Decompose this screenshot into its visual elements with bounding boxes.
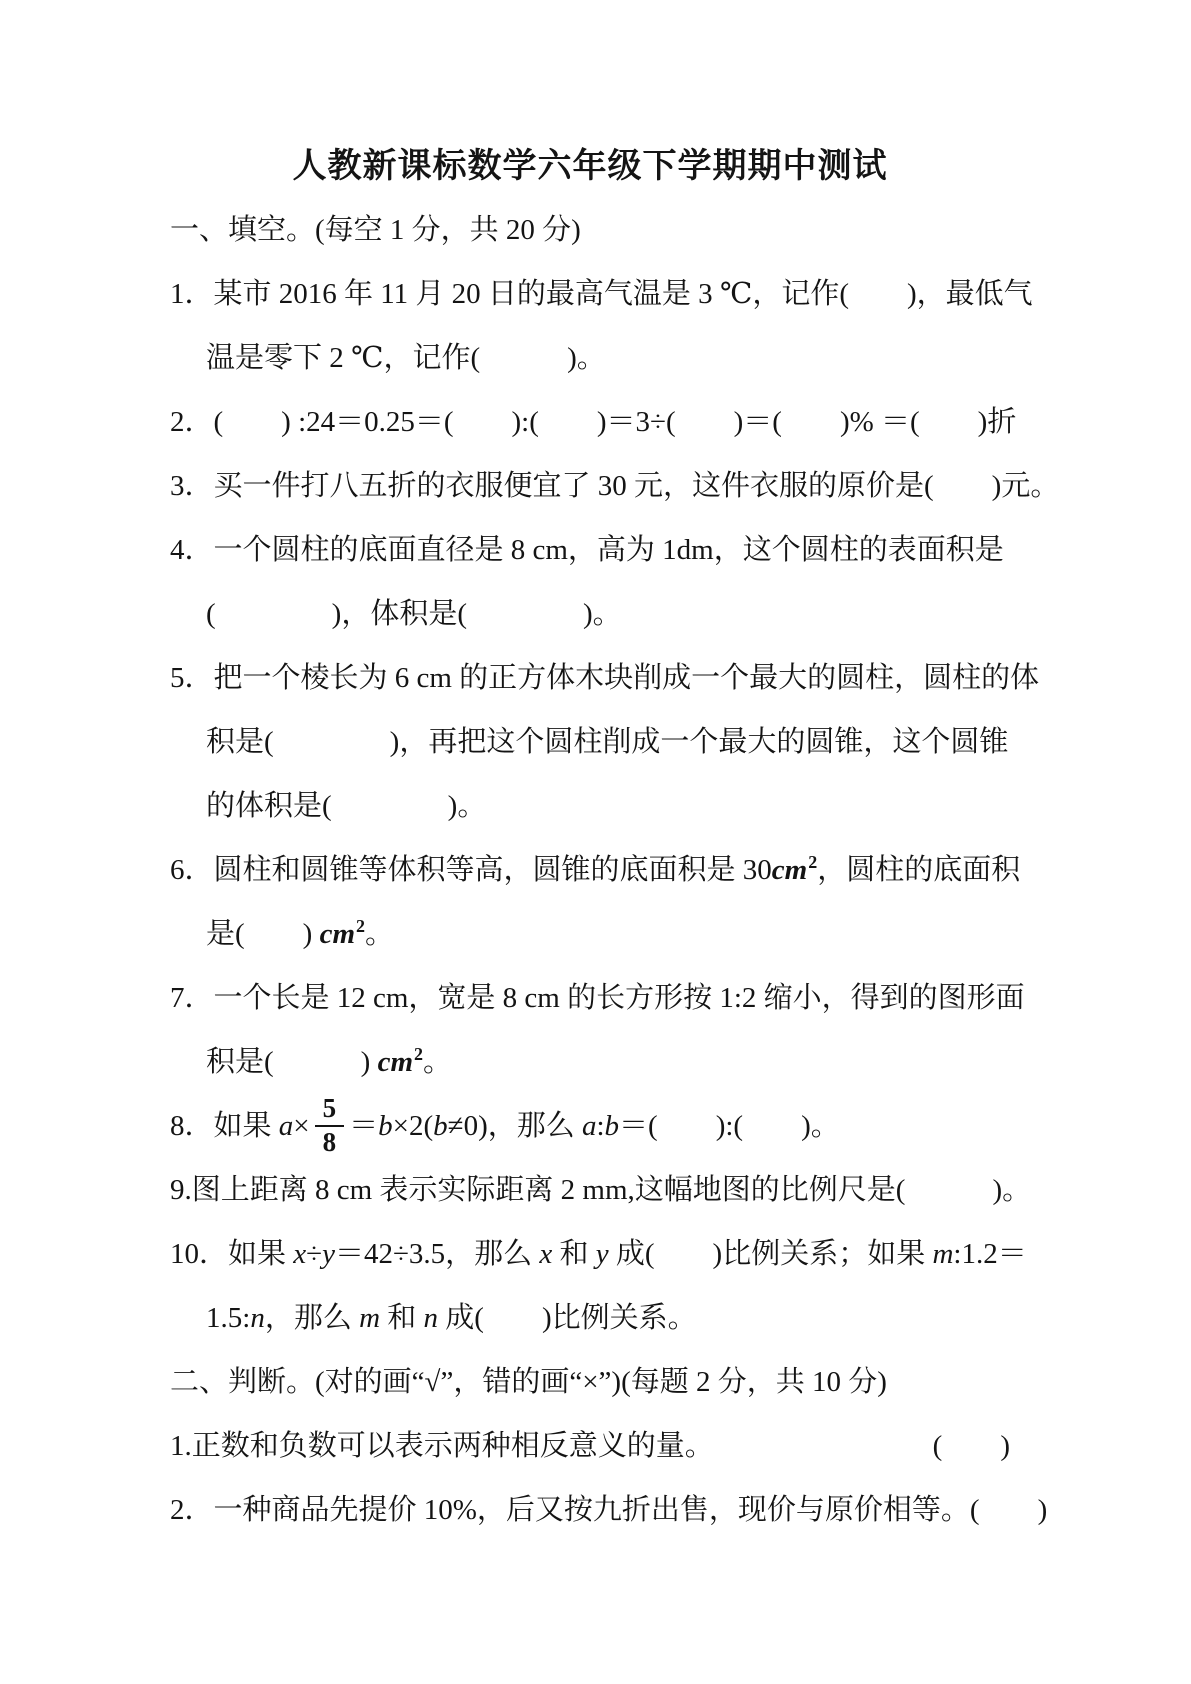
q5-line2: 积是( )，再把这个圆柱削成一个最大的圆锥，这个圆锥 bbox=[170, 710, 1010, 774]
q6-line1: 6．圆柱和圆锥等体积等高，圆锥的底面积是 30cm2，圆柱的底面积 bbox=[170, 838, 1010, 902]
q6-line1-text: 6．圆柱和圆锥等体积等高，圆锥的底面积是 30cm2，圆柱的底面积 bbox=[170, 854, 1020, 886]
q1-line2: 温是零下 2 ℃，记作( )。 bbox=[170, 326, 1010, 390]
q7-line2-text: 积是( ) cm2。 bbox=[206, 1046, 452, 1078]
exam-page: 人教新课标数学六年级下学期期中测试 一、填空。(每空 1 分，共 20 分)1．… bbox=[0, 0, 1191, 1684]
fraction: 58 bbox=[315, 1094, 345, 1157]
q7-line2: 积是( ) cm2。 bbox=[170, 1030, 1010, 1094]
document-body: 一、填空。(每空 1 分，共 20 分)1．某市 2016 年 11 月 20 … bbox=[170, 198, 1191, 1542]
q3-line: 3．买一件打八五折的衣服便宜了 30 元，这件衣服的原价是( )元。 bbox=[170, 454, 1010, 518]
q3-line-text: 3．买一件打八五折的衣服便宜了 30 元，这件衣服的原价是( )元。 bbox=[170, 470, 1059, 502]
q2-line: 2．( ) :24＝0.25＝( ):( )＝3÷( )＝( )% ＝( )折 bbox=[170, 390, 1010, 454]
q9-line: 9.图上距离 8 cm 表示实际距离 2 mm,这幅地图的比例尺是( )。 bbox=[170, 1158, 1010, 1222]
q1-line2-text: 温是零下 2 ℃，记作( )。 bbox=[206, 342, 606, 374]
section2-header-text: 二、判断。(对的画“√”，错的画“×”)(每题 2 分，共 10 分) bbox=[170, 1366, 887, 1398]
q8-line-text: 8．如果 a×58＝b×2(b≠0)，那么 a:b＝( ):( )。 bbox=[170, 1110, 840, 1142]
q6-line2: 是( ) cm2。 bbox=[170, 902, 1010, 966]
q10-line2: 1.5:n，那么 m 和 n 成( )比例关系。 bbox=[170, 1286, 1010, 1350]
q4-line1: 4．一个圆柱的底面直径是 8 cm，高为 1dm，这个圆柱的表面积是 bbox=[170, 518, 1010, 582]
section2-header: 二、判断。(对的画“√”，错的画“×”)(每题 2 分，共 10 分) bbox=[170, 1350, 1010, 1414]
q5-line1: 5．把一个棱长为 6 cm 的正方体木块削成一个最大的圆柱，圆柱的体 bbox=[170, 646, 1010, 710]
q7-line1: 7．一个长是 12 cm，宽是 8 cm 的长方形按 1:2 缩小，得到的图形面 bbox=[170, 966, 1010, 1030]
q4-line2-text: ( )，体积是( )。 bbox=[206, 598, 622, 630]
s2-q1-line: 1.正数和负数可以表示两种相反意义的量。( ) bbox=[170, 1414, 1010, 1478]
q5-line3: 的体积是( )。 bbox=[170, 774, 1010, 838]
q4-line1-text: 4．一个圆柱的底面直径是 8 cm，高为 1dm，这个圆柱的表面积是 bbox=[170, 534, 1004, 566]
s2-q2-line-text: 2．一种商品先提价 10%，后又按九折出售，现价与原价相等。( ) bbox=[170, 1494, 1047, 1526]
q2-line-text: 2．( ) :24＝0.25＝( ):( )＝3÷( )＝( )% ＝( )折 bbox=[170, 406, 1016, 438]
q7-line1-text: 7．一个长是 12 cm，宽是 8 cm 的长方形按 1:2 缩小，得到的图形面 bbox=[170, 982, 1025, 1014]
s2-q2-line: 2．一种商品先提价 10%，后又按九折出售，现价与原价相等。( ) bbox=[170, 1478, 1010, 1542]
q8-line: 8．如果 a×58＝b×2(b≠0)，那么 a:b＝( ):( )。 bbox=[170, 1094, 1010, 1158]
q5-line3-text: 的体积是( )。 bbox=[206, 790, 486, 822]
q10-line1-text: 10．如果 x÷y＝42÷3.5，那么 x 和 y 成( )比例关系；如果 m:… bbox=[170, 1238, 1027, 1270]
s2-q1-line-text: 1.正数和负数可以表示两种相反意义的量。 bbox=[170, 1414, 714, 1478]
q5-line2-text: 积是( )，再把这个圆柱削成一个最大的圆锥，这个圆锥 bbox=[206, 726, 1008, 758]
answer-parens: ( ) bbox=[933, 1414, 1010, 1478]
q5-line1-text: 5．把一个棱长为 6 cm 的正方体木块削成一个最大的圆柱，圆柱的体 bbox=[170, 662, 1039, 694]
q9-line-text: 9.图上距离 8 cm 表示实际距离 2 mm,这幅地图的比例尺是( )。 bbox=[170, 1174, 1031, 1206]
q10-line1: 10．如果 x÷y＝42÷3.5，那么 x 和 y 成( )比例关系；如果 m:… bbox=[170, 1222, 1010, 1286]
q4-line2: ( )，体积是( )。 bbox=[170, 582, 1010, 646]
page-title: 人教新课标数学六年级下学期期中测试 bbox=[170, 136, 1010, 198]
q6-line2-text: 是( ) cm2。 bbox=[206, 918, 394, 950]
section1-header: 一、填空。(每空 1 分，共 20 分) bbox=[170, 198, 1010, 262]
section1-header-text: 一、填空。(每空 1 分，共 20 分) bbox=[170, 214, 581, 246]
q10-line2-text: 1.5:n，那么 m 和 n 成( )比例关系。 bbox=[206, 1302, 697, 1334]
q1-line1-text: 1．某市 2016 年 11 月 20 日的最高气温是 3 ℃，记作( )，最低… bbox=[170, 278, 1033, 310]
q1-line1: 1．某市 2016 年 11 月 20 日的最高气温是 3 ℃，记作( )，最低… bbox=[170, 262, 1010, 326]
